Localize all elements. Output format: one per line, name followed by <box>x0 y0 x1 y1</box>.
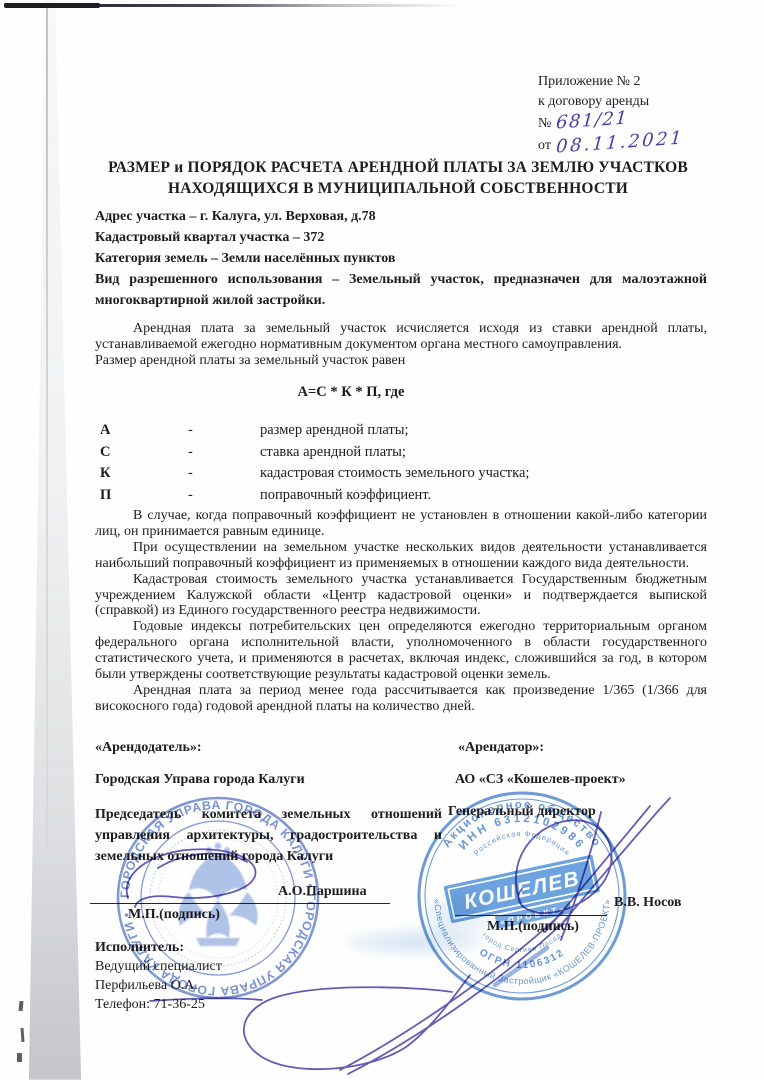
definition-row: К - кадастровая стоимость земельного уча… <box>100 463 670 485</box>
definition-text: размер арендной платы; <box>260 420 409 442</box>
scan-speck <box>17 1053 22 1062</box>
scan-speck <box>18 1001 23 1011</box>
contract-date-line: от08.11.2021 <box>538 134 684 156</box>
appendix-line: Приложение № 2 <box>538 72 684 92</box>
coat-of-arms-emblem <box>178 843 257 946</box>
appendix-header: Приложение № 2 к договору аренды №681/21… <box>538 72 684 156</box>
scan-speck <box>21 1028 25 1042</box>
definition-dash: - <box>188 485 260 507</box>
definition-symbol: С <box>100 442 188 464</box>
definition-symbol: К <box>100 463 188 485</box>
definition-dash: - <box>188 463 260 485</box>
definition-dash: - <box>188 442 260 464</box>
paragraph: Арендная плата за период менее года расс… <box>95 683 707 715</box>
definition-text: ставка арендной платы; <box>260 442 406 464</box>
definition-dash: - <box>188 420 260 442</box>
formula-definitions: А - размер арендной платы; С - ставка ар… <box>100 420 670 506</box>
formula-line: А=С * К * П, где <box>95 384 607 401</box>
svg-text:город Сергиев Посад: город Сергиев Посад <box>481 932 563 954</box>
scanned-document-page: Приложение № 2 к договору аренды №681/21… <box>0 0 764 1080</box>
definition-row: С - ставка арендной платы; <box>100 442 670 464</box>
address-line: Адрес участка – г. Калуга, ул. Верховая,… <box>95 206 707 227</box>
city-administration-seal-stamp: ГОРОДСКАЯ УПРАВА ГОРОДА КАЛУГИ • ГОРОДСК… <box>112 792 324 1004</box>
body-paragraphs: В случае, когда поправочный коэффициент … <box>95 508 707 715</box>
size-line: Размер арендной платы за земельный участ… <box>95 353 707 369</box>
definition-symbol: П <box>100 485 188 507</box>
scan-fold-line <box>46 6 48 846</box>
koshelev-logo: КОШЕЛЕВ «ПРОЕКТ» <box>444 855 604 938</box>
document-title: РАЗМЕР и ПОРЯДОК РАСЧЕТА АРЕНДНОЙ ПЛАТЫ … <box>92 157 704 199</box>
definition-symbol: А <box>100 420 188 442</box>
cadastral-quarter-line: Кадастровый квартал участка – 372 <box>95 227 707 248</box>
lessor-org: Городская Управа города Калуги <box>95 772 305 788</box>
permitted-use-line: Вид разрешенного использования – Земельн… <box>95 269 707 311</box>
definition-text: поправочный коэффициент. <box>260 485 431 507</box>
lessee-org: АО «СЗ «Кошелев-проект» <box>455 772 626 788</box>
land-category-line: Категория земель – Земли населённых пунк… <box>95 248 707 269</box>
paragraph: Годовые индексы потребительских цен опре… <box>95 619 707 683</box>
date-label: от <box>538 138 551 153</box>
definition-text: кадастровая стоимость земельного участка… <box>260 463 529 485</box>
lessee-header: «Арендатор»: <box>458 740 544 756</box>
parcel-details: Адрес участка – г. Калуга, ул. Верховая,… <box>95 206 707 311</box>
definition-row: П - поправочный коэффициент. <box>100 485 670 507</box>
lessor-header: «Арендодатель»: <box>95 740 202 756</box>
number-label: № <box>538 116 551 131</box>
definition-row: А - размер арендной платы; <box>100 420 670 442</box>
intro-paragraph: Арендная плата за земельный участок исчи… <box>95 321 707 353</box>
paragraph: Кадастровая стоимость земельного участка… <box>95 572 707 620</box>
company-seal-arc-city: город Сергиев Посад <box>481 932 563 954</box>
company-seal-stamp: Акционерное общество ИНН 6312102986 Росс… <box>414 788 630 1004</box>
paragraph: В случае, когда поправочный коэффициент … <box>95 508 707 540</box>
scan-top-edge-dark-segment <box>4 3 100 8</box>
scan-fold-shadow-band <box>26 0 84 1080</box>
paragraph: При осуществлении на земельном участке н… <box>95 540 707 572</box>
contract-number-handwritten: 681/21 <box>556 108 630 133</box>
